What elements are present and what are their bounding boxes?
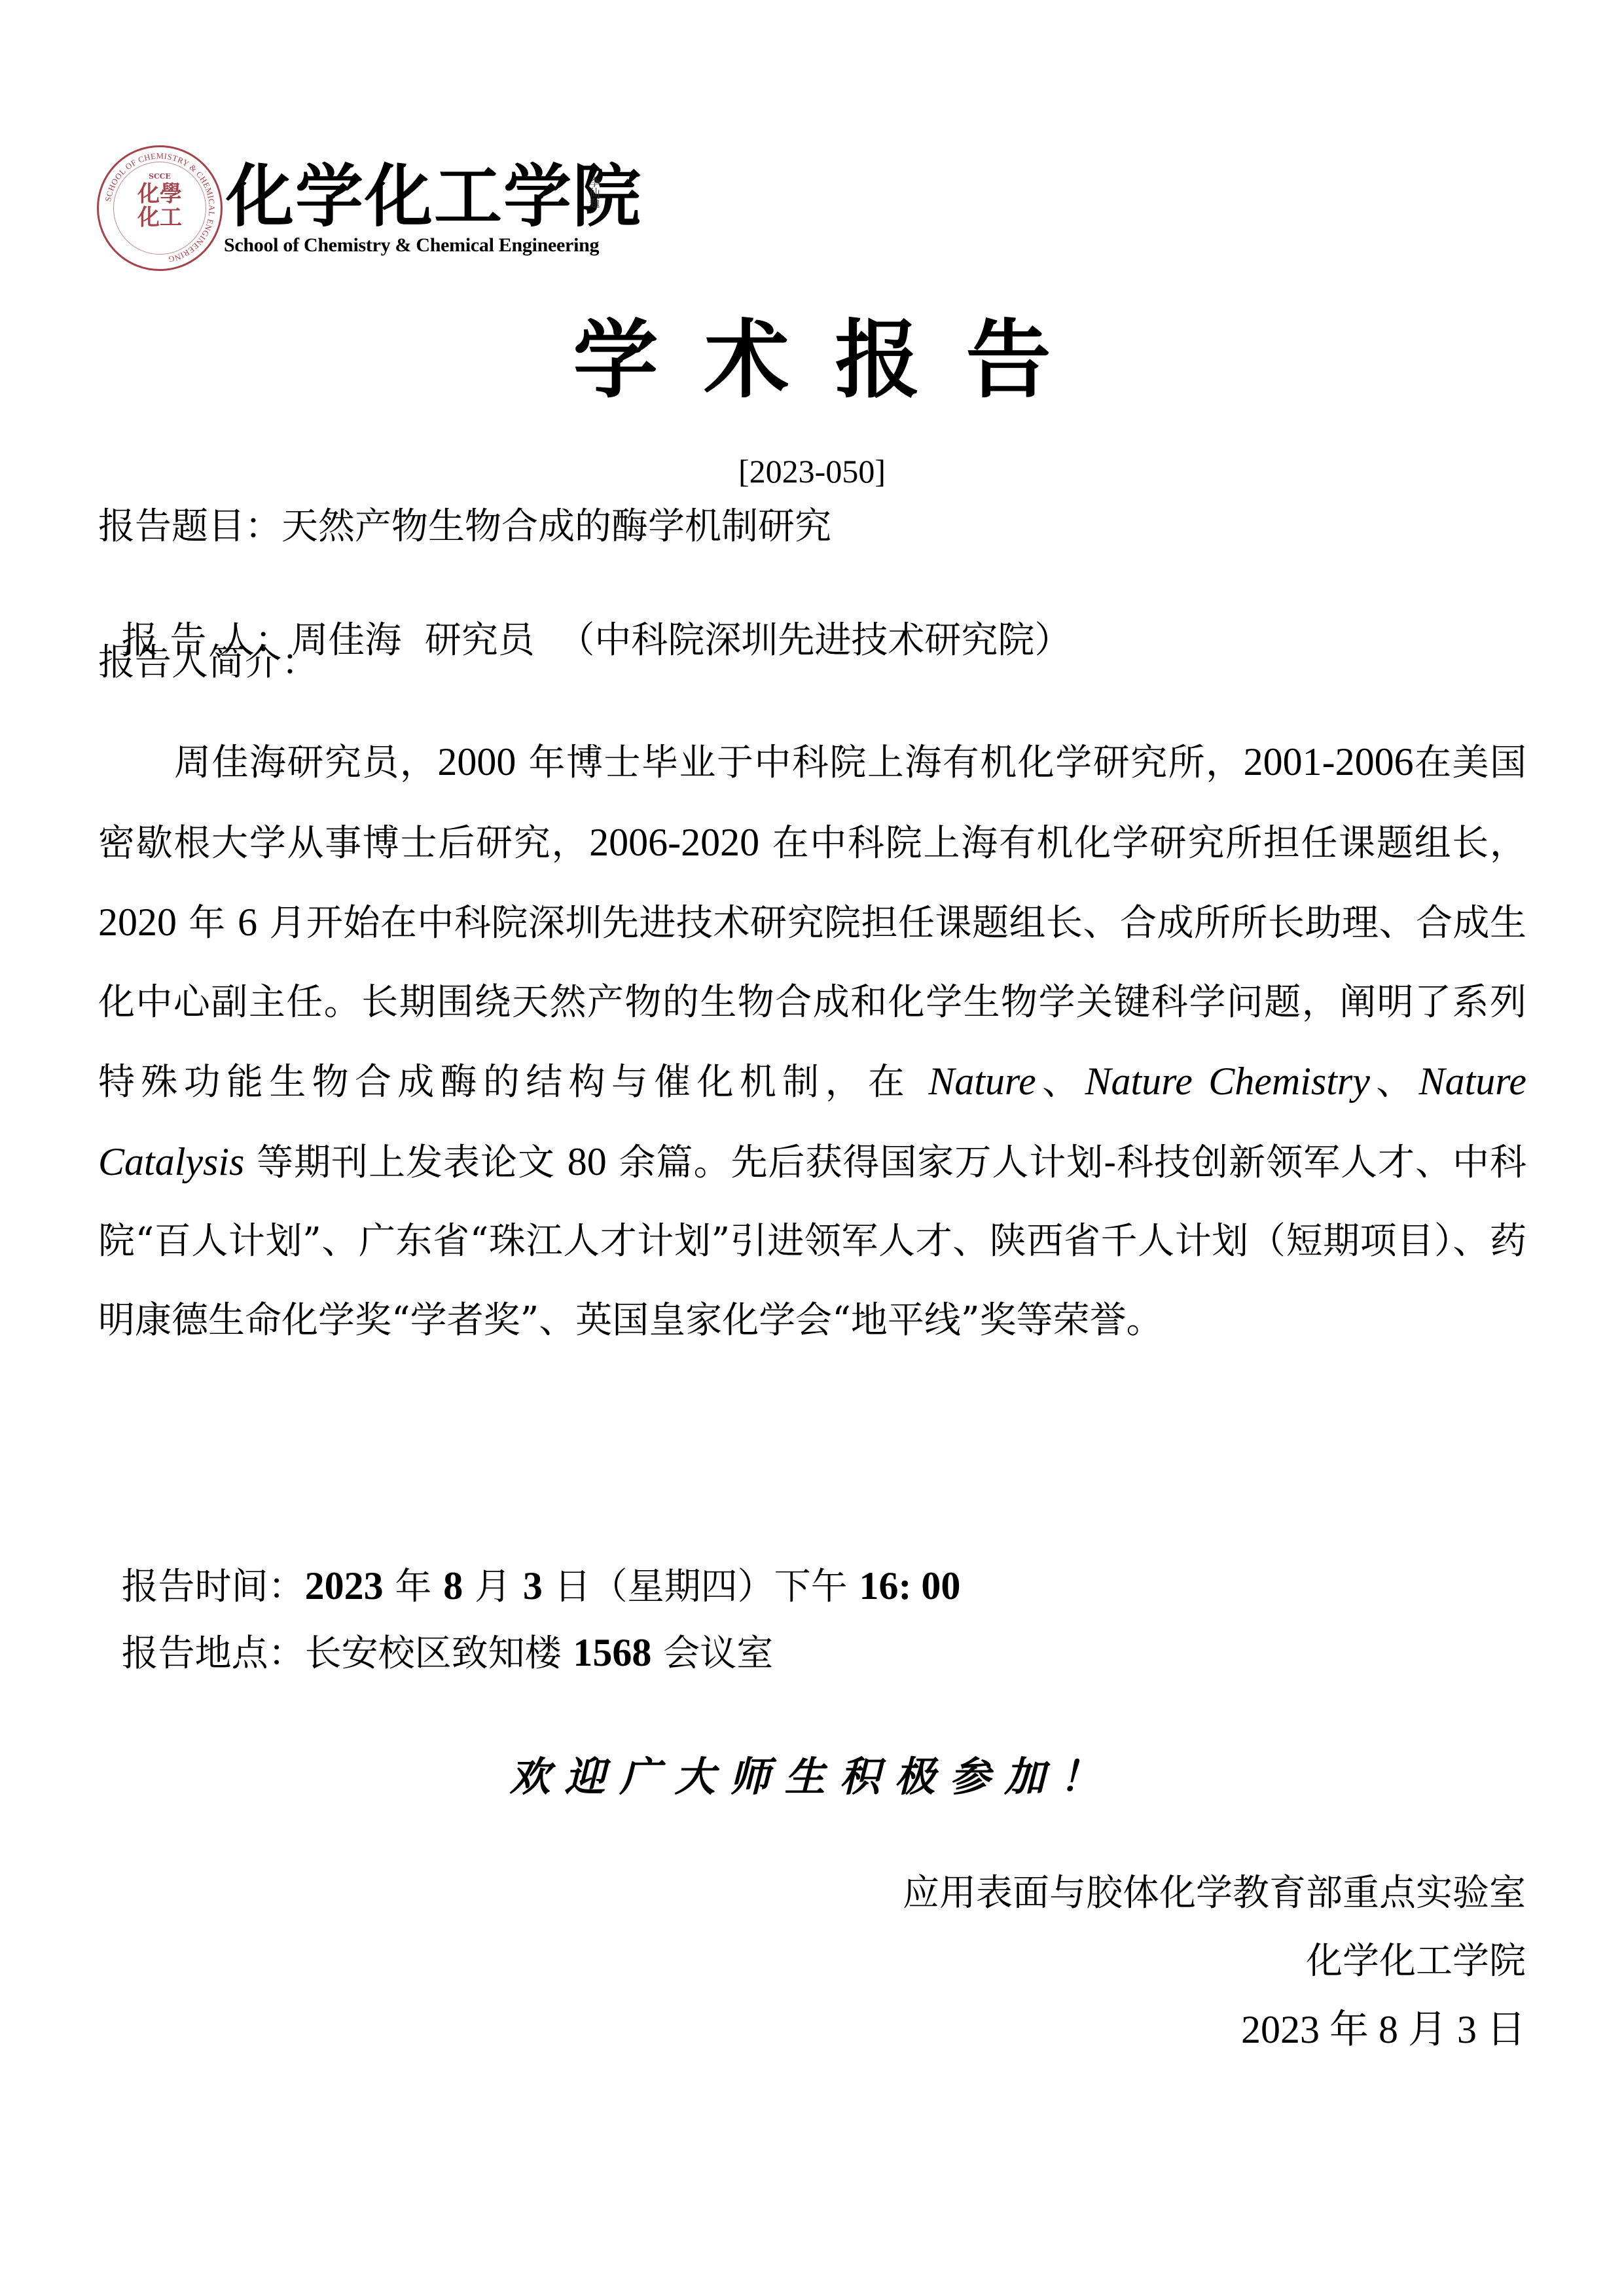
page-title: 学术报告 <box>0 308 1624 412</box>
school-name-calligraphy: 化学化工学院 <box>226 157 642 236</box>
school-name-english: School of Chemistry & Chemical Engineeri… <box>224 234 599 257</box>
signature-date: 2023 年 8 月 3 日 <box>1241 2007 1526 2053</box>
report-topic: 报告题目：天然产物生物合成的酶学机制研究 <box>98 504 831 550</box>
document-number: [2023-050] <box>0 452 1624 491</box>
journal-nature-chemistry: Nature Chemistry <box>1085 1060 1369 1103</box>
school-seal-logo: SCHOOL OF CHEMISTRY & CHEMICAL ENGINEERI… <box>97 145 223 271</box>
place-label: 报告地点： <box>122 1632 305 1675</box>
signature-lab: 应用表面与胶体化学教育部重点实验室 <box>903 1871 1526 1916</box>
topic-label: 报告题目： <box>98 505 281 548</box>
speaker-bio-label: 报告人简介： <box>98 640 318 686</box>
welcome-message: 欢迎广大师生积极参加！ <box>0 1741 1624 1813</box>
report-location: 报告地点：长安校区致知楼 1568 会议室 <box>98 1584 773 1677</box>
journal-nature: Nature <box>928 1060 1036 1103</box>
topic-value: 天然产物生物合成的酶学机制研究 <box>281 505 831 548</box>
seal-core-glyph: 化學化工 <box>135 182 185 229</box>
speaker-value: 周佳海 研究员 （中科院深圳先进技术研究院） <box>291 619 1071 662</box>
calligrapher-signature: 李仙题 <box>588 177 600 208</box>
speaker-bio: 周佳海研究员，2000 年博士毕业于中科院上海有机化学研究所，2001-2006… <box>98 723 1526 1360</box>
seal-abbr: SCCE <box>149 172 171 181</box>
signature-school: 化学化工学院 <box>1306 1939 1526 1984</box>
